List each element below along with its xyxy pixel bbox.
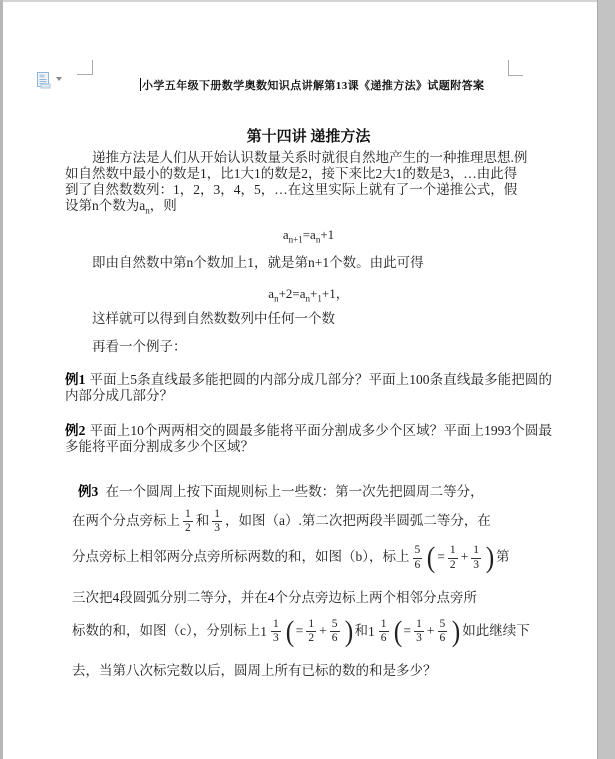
fraction: 12 [183, 508, 193, 535]
subscript: n+1 [289, 235, 303, 245]
fraction: 12 [306, 618, 316, 645]
fraction: 13 [271, 618, 281, 645]
fraction-numerator: 1 [212, 508, 222, 522]
text-cursor [140, 78, 141, 91]
big-open-paren: ( [286, 619, 295, 645]
fraction-denominator: 2 [448, 559, 458, 572]
text-line: 递推方法是人们从开始认识数量关系时就很自然地产生的一种推理思想.例 [65, 150, 555, 166]
text-line: 设第n个数为an，则 [65, 198, 555, 214]
big-close-paren: ) [452, 619, 461, 645]
text-line: 三次把4段圆弧分别二等分，并在4个分点旁边标上两个相邻分点旁所 [72, 586, 572, 606]
text-run: 和 [196, 513, 210, 528]
mixed-number: 113 [260, 618, 284, 645]
fraction-numerator: 1 [379, 618, 389, 632]
text-run: ，如图（a）.第二次把两段半圆弧二等分，在 [225, 513, 491, 528]
text-run: + [427, 623, 435, 638]
fraction-numerator: 1 [271, 618, 281, 632]
fraction-denominator: 6 [413, 559, 423, 572]
text-run: 到了自然数数列：1，2，3，4，5，…在这里实际上就有了一个递推公式，假 [65, 182, 517, 197]
document-title-text: 小学五年级下册数学奥数知识点讲解第13课《递推方法》试题附答案 [142, 80, 484, 92]
text-run: + [461, 549, 469, 564]
fraction-numerator: 5 [413, 544, 423, 558]
fraction-denominator: 2 [306, 632, 316, 645]
example-1-text: 平面上5条直线最多能把圆的内部分成几部分？平面上100条直线最多能把圆的内部分成… [65, 372, 552, 403]
text-run: = [437, 549, 445, 564]
example-2: 例2平面上10个两两相交的圆最多能将平面分割成多少个区域？平面上1993个圆最多… [65, 423, 552, 455]
text-run: 递推方法是人们从开始认识数量关系时就很自然地产生的一种推理思想.例 [92, 150, 527, 165]
fraction-denominator: 6 [330, 632, 340, 645]
text-run: 在一个圆周上按下面规则标上一些数：第一次先把圆周二等分， [102, 484, 483, 499]
fraction-numerator: 1 [448, 544, 458, 558]
text-run: 如自然数中最小的数是1，比1大1的数是2，接下来比2大1的数是3，…由此得 [65, 166, 517, 181]
fraction-denominator: 2 [183, 522, 193, 535]
text-run: + [319, 623, 327, 638]
big-open-paren: ( [393, 619, 402, 645]
explanation-paragraph: 即由自然数中第n个数加上1，就是第n+1个数。由此可得 [65, 255, 555, 271]
text-run: = [296, 623, 304, 638]
text-run: 设第n个数为a [65, 198, 145, 213]
example-3: 例3 在一个圆周上按下面规则标上一些数：第一次先把圆周二等分，在两个分点旁标上1… [72, 480, 572, 686]
fraction-numerator: 1 [306, 618, 316, 632]
mixed-number: 116 [368, 618, 392, 645]
example-2-text: 平面上10个两两相交的圆最多能将平面分割成多少个区域？平面上1993个圆最多能将… [65, 423, 552, 454]
text-run: +2=a [279, 286, 306, 301]
fraction: 16 [379, 618, 389, 645]
fraction-denominator: 3 [212, 522, 222, 535]
window-top-edge [0, 0, 615, 2]
chevron-down-icon[interactable] [56, 77, 62, 81]
fraction-numerator: 5 [438, 618, 448, 632]
big-close-paren: ) [486, 545, 495, 571]
fraction: 56 [330, 618, 340, 645]
fraction: 13 [212, 508, 222, 535]
big-close-paren: ) [344, 619, 353, 645]
conclusion-paragraph: 这样就可以得到自然数数列中任何一个数 [65, 311, 555, 327]
lead-in-paragraph: 再看一个例子： [65, 339, 555, 355]
recursion-formula-2: an+2=an+1+1， [65, 283, 552, 302]
text-run: +1， [322, 286, 349, 301]
paste-document-icon [35, 71, 53, 89]
fraction-denominator: 3 [271, 632, 281, 645]
text-run: 分点旁标上相邻两分点旁所标两数的和，如图（b），标上 [72, 549, 410, 564]
fraction-numerator: 1 [471, 544, 481, 558]
fraction: 12 [448, 544, 458, 571]
recursion-formula-1: an+1=an+1 [65, 227, 552, 243]
text-line: 去，当第八次标完数以后，圆周上所有已标的数的和是多少？ [72, 659, 572, 679]
example-label: 例3 [78, 484, 98, 499]
fraction: 13 [414, 618, 424, 645]
example-1-label: 例1 [65, 372, 85, 387]
text-line: 在两个分点旁标上12和13，如图（a）.第二次把两段半圆弧二等分，在 [72, 508, 572, 535]
text-boundary-topleft-mark [77, 60, 93, 75]
text-run: 如此继续下 [462, 623, 530, 638]
mixed-number-whole: 1 [260, 624, 267, 640]
text-line: 标数的和，如图（c），分别标上113(=12+56)和116(=13+56)如此… [72, 618, 572, 645]
text-line: 例3 在一个圆周上按下面规则标上一些数：第一次先把圆周二等分， [78, 480, 572, 500]
text-run: 去，当第八次标完数以后，圆周上所有已标的数的和是多少？ [72, 663, 437, 678]
text-line: 到了自然数数列：1，2，3，4，5，…在这里实际上就有了一个递推公式，假 [65, 182, 555, 198]
text-boundary-topright-mark [508, 60, 523, 76]
lesson-heading: 第十四讲 递推方法 [65, 125, 552, 146]
example-2-label: 例2 [65, 423, 85, 438]
text-run: 三次把4段圆弧分别二等分，并在4个分点旁边标上两个相邻分点旁所 [72, 590, 477, 605]
fraction: 13 [471, 544, 481, 571]
fraction-denominator: 6 [379, 632, 389, 645]
document-page: 小学五年级下册数学奥数知识点讲解第13课《递推方法》试题附答案 第十四讲 递推方… [0, 0, 615, 759]
example-1: 例1平面上5条直线最多能把圆的内部分成几部分？平面上100条直线最多能把圆的内部… [65, 372, 552, 404]
fraction-numerator: 5 [330, 618, 340, 632]
text-run: =a [303, 227, 316, 242]
fraction-denominator: 6 [438, 632, 448, 645]
mixed-number-whole: 1 [368, 624, 375, 640]
big-open-paren: ( [427, 545, 436, 571]
paste-options-button[interactable] [35, 71, 67, 91]
text-run: +1 [320, 227, 334, 242]
fraction: 56 [438, 618, 448, 645]
window-left-edge [0, 0, 3, 759]
fraction-numerator: 1 [183, 508, 193, 522]
fraction-denominator: 3 [471, 559, 481, 572]
text-run: ，则 [150, 198, 177, 213]
text-run: 标数的和，如图（c），分别标上 [72, 623, 260, 638]
text-run: 第 [496, 549, 510, 564]
fraction-denominator: 3 [414, 632, 424, 645]
text-line: 分点旁标上相邻两分点旁所标两数的和，如图（b），标上56(=12+13)第 [72, 544, 572, 571]
intro-paragraph: 递推方法是人们从开始认识数量关系时就很自然地产生的一种推理思想.例如自然数中最小… [65, 150, 555, 214]
text-line: 如自然数中最小的数是1，比1大1的数是2，接下来比2大1的数是3，…由此得 [65, 166, 555, 182]
fraction: 56 [413, 544, 423, 571]
scrollbar-track[interactable] [597, 0, 615, 759]
text-run: 在两个分点旁标上 [72, 513, 180, 528]
text-run: = [404, 623, 412, 638]
text-run: 和 [355, 623, 369, 638]
document-title: 小学五年级下册数学奥数知识点讲解第13课《递推方法》试题附答案 [140, 77, 484, 93]
fraction-numerator: 1 [414, 618, 424, 632]
